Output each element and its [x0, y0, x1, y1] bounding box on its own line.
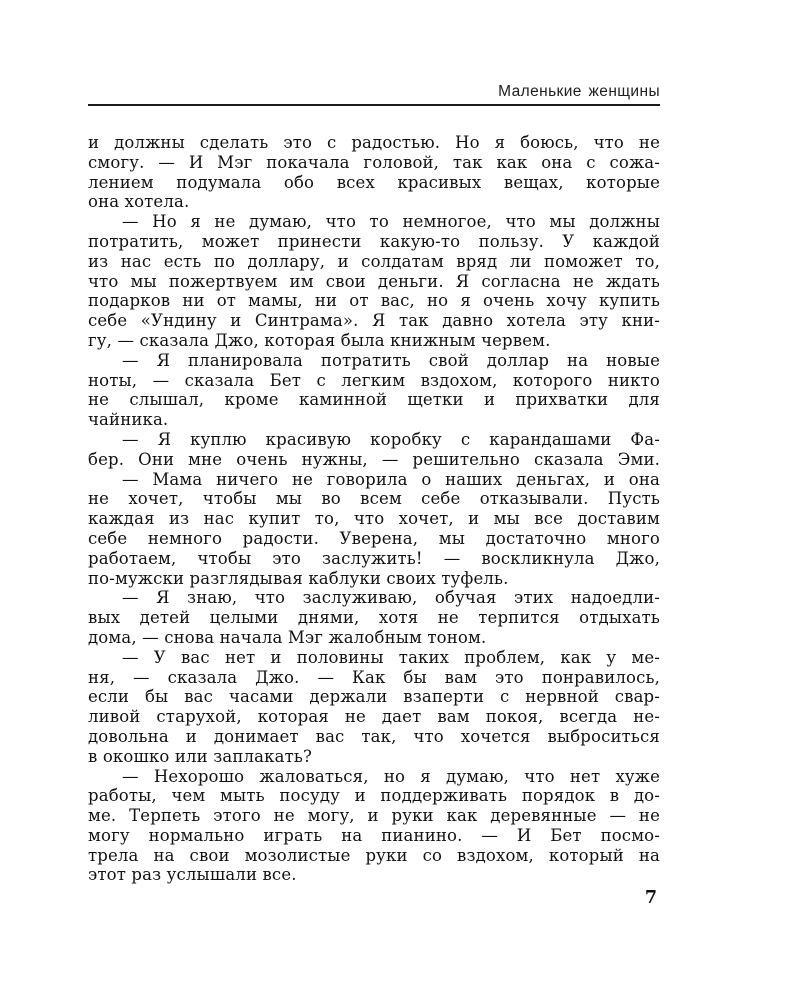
text-line: бер. Они мне очень нужны, — решительно с… — [88, 450, 660, 470]
text-line: вых детей целыми днями, хотя не терпится… — [88, 608, 660, 628]
text-line: она хотела. — [88, 192, 660, 212]
text-line: работаем, чтобы это заслужить! — восклик… — [88, 549, 660, 569]
page-number: 7 — [645, 888, 657, 908]
paragraph: — Я планировала потратить свой доллар на… — [88, 351, 660, 430]
text-line: — У вас нет и половины таких проблем, ка… — [88, 648, 660, 668]
text-line: — Я куплю красивую коробку с карандашами… — [88, 430, 660, 450]
text-line: этот раз услышали все. — [88, 865, 660, 885]
text-line: себе немного радости. Уверена, мы достат… — [88, 529, 660, 549]
text-line: в окошко или заплакать? — [88, 747, 660, 767]
paragraph: — Но я не думаю, что то немногое, что мы… — [88, 212, 660, 351]
text-line: — Мама ничего не говорила о наших деньга… — [88, 470, 660, 490]
text-line: себе «Ундину и Синтрама». Я так давно хо… — [88, 311, 660, 331]
text-line: смогу. — И Мэг покачала головой, так как… — [88, 153, 660, 173]
text-line: могу нормально играть на пианино. — И Бе… — [88, 826, 660, 846]
text-line: довольна и донимает вас так, что хочется… — [88, 727, 660, 747]
text-line: потратить, может принести какую-то польз… — [88, 232, 660, 252]
paragraph: и должны сделать это с радостью. Но я бо… — [88, 133, 660, 212]
book-page: Маленькие женщины и должны сделать это с… — [0, 0, 800, 1000]
header-rule — [88, 104, 660, 106]
text-line: не хочет, чтобы мы во всем себе отказыва… — [88, 489, 660, 509]
paragraph: — У вас нет и половины таких проблем, ка… — [88, 648, 660, 767]
text-line: — Но я не думаю, что то немногое, что мы… — [88, 212, 660, 232]
text-line: лением подумала обо всех красивых вещах,… — [88, 173, 660, 193]
paragraph: — Я знаю, что заслуживаю, обучая этих на… — [88, 588, 660, 647]
text-line: ливой старухой, которая не дает вам поко… — [88, 707, 660, 727]
paragraph: — Мама ничего не говорила о наших деньга… — [88, 470, 660, 589]
text-line: ме. Терпеть этого не могу, и руки как де… — [88, 806, 660, 826]
text-line: чайника. — [88, 410, 660, 430]
text-line: что мы пожертвуем им свои деньги. Я согл… — [88, 272, 660, 292]
running-title: Маленькие женщины — [498, 83, 660, 101]
text-line: гу, — сказала Джо, которая была книжным … — [88, 331, 660, 351]
text-line: — Я знаю, что заслуживаю, обучая этих на… — [88, 588, 660, 608]
text-line: каждая из нас купит то, что хочет, и мы … — [88, 509, 660, 529]
text-line: дома, — снова начала Мэг жалобным тоном. — [88, 628, 660, 648]
text-line: из нас есть по доллару, и солдатам вряд … — [88, 252, 660, 272]
text-line: работы, чем мыть посуду и поддерживать п… — [88, 786, 660, 806]
text-line: если бы вас часами держали взаперти с не… — [88, 687, 660, 707]
text-line: — Я планировала потратить свой доллар на… — [88, 351, 660, 371]
text-line: подарков ни от мамы, ни от вас, но я оче… — [88, 291, 660, 311]
body-text-block: и должны сделать это с радостью. Но я бо… — [88, 133, 660, 885]
text-line: не слышал, кроме каминной щетки и прихва… — [88, 390, 660, 410]
paragraph: — Нехорошо жаловаться, но я думаю, что н… — [88, 767, 660, 886]
text-line: и должны сделать это с радостью. Но я бо… — [88, 133, 660, 153]
text-line: трела на свои мозолистые руки со вздохом… — [88, 846, 660, 866]
paragraph: — Я куплю красивую коробку с карандашами… — [88, 430, 660, 470]
text-line: ноты, — сказала Бет с легким вздохом, ко… — [88, 371, 660, 391]
text-line: по-мужски разглядывая каблуки своих туфе… — [88, 569, 660, 589]
text-line: — Нехорошо жаловаться, но я думаю, что н… — [88, 767, 660, 787]
text-line: ня, — сказала Джо. — Как бы вам это понр… — [88, 668, 660, 688]
